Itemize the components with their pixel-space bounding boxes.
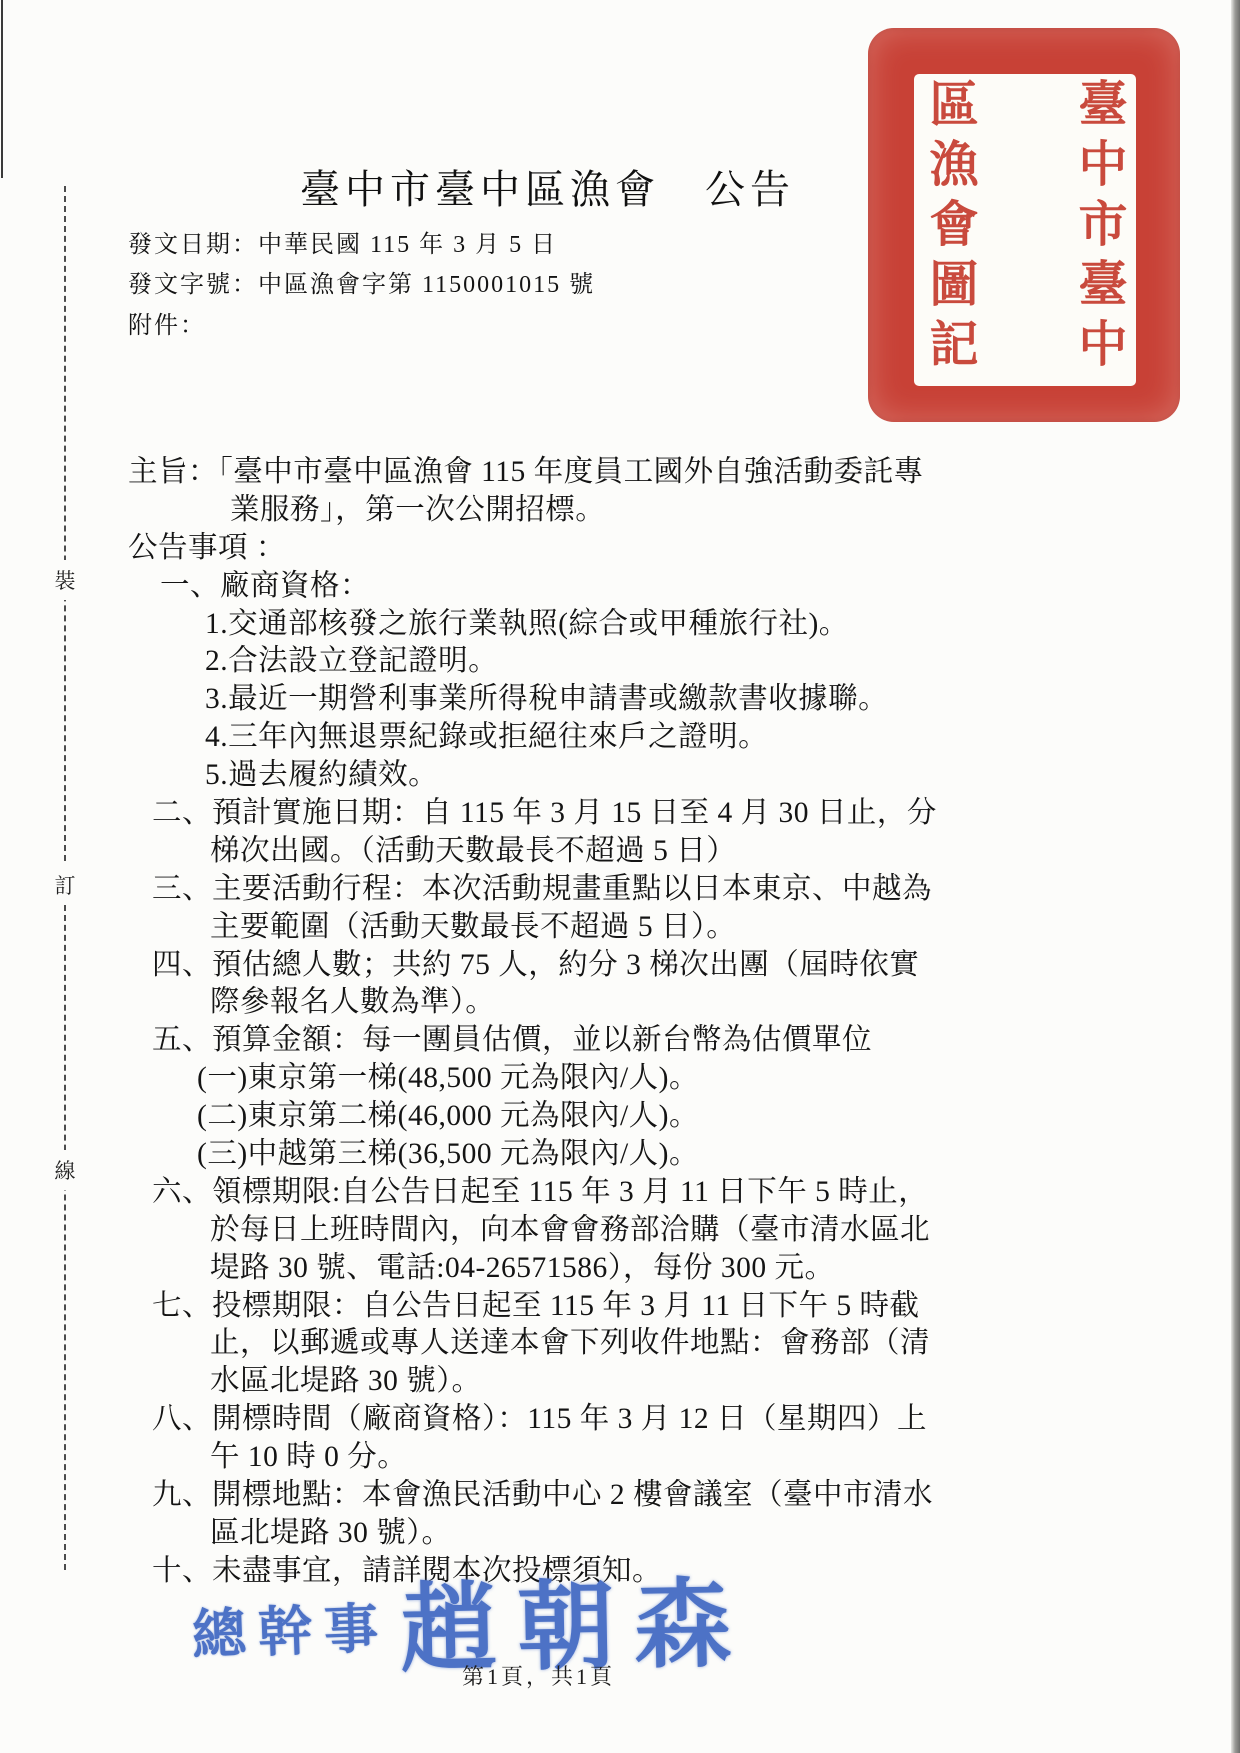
item-5-line: 五、預算金額：每一團員估價，並以新台幣為估價單位: [128, 1016, 988, 1054]
seal-text-column-left: 區漁會圖記: [926, 78, 975, 378]
item-1-subline: 3.最近一期營利事業所得稅申請書或繳款書收據聯。: [128, 675, 988, 713]
item-4-line: 四、預估總人數；共約 75 人，約分 3 梯次出團（屆時依實: [128, 941, 988, 979]
attachment-label: 附件：: [128, 305, 206, 340]
announcement-heading: 公告事項 ：: [128, 524, 988, 562]
item-1-subline: 1.交通部核發之旅行業執照(綜合或甲種旅行社)。: [128, 600, 988, 638]
binding-mark-ding: 訂: [50, 865, 80, 905]
item-2-line: 梯次出國。（活動天數最長不超過 5 日）: [128, 827, 988, 865]
seal-text-column-right: 臺中市臺中: [1075, 78, 1124, 378]
item-8-line: 午 10 時 0 分。: [128, 1433, 988, 1471]
announcement-body: 主旨：「臺中市臺中區漁會 115 年度員工國外自強活動委託專 業服務」，第一次公…: [128, 448, 988, 1585]
item-9-line: 九、開標地點：本會漁民活動中心 2 樓會議室（臺中市清水: [128, 1471, 988, 1509]
scanned-announcement-page: { "document": { "title": "臺中市臺中區漁會 公告", …: [0, 0, 1240, 1753]
item-6-line: 堤路 30 號、電話:04-26571586），每份 300 元。: [128, 1244, 988, 1282]
item-1-line: 一、廠商資格：: [128, 562, 988, 600]
item-6-line: 六、領標期限:自公告日起至 115 年 3 月 11 日下午 5 時止，: [128, 1168, 988, 1206]
scan-edge-left: [1, 0, 3, 178]
seal-inner-face: 臺中市臺中 區漁會圖記: [914, 74, 1136, 386]
item-1-subline: 2.合法設立登記證明。: [128, 637, 988, 675]
item-7-line: 七、投標期限：自公告日起至 115 年 3 月 11 日下午 5 時截: [128, 1282, 988, 1320]
item-5-subline: (三)中越第三梯(36,500 元為限內/人)。: [128, 1130, 988, 1168]
subject-line: 主旨：「臺中市臺中區漁會 115 年度員工國外自強活動委託專: [128, 448, 988, 486]
item-5-subline: (二)東京第二梯(46,000 元為限內/人)。: [128, 1092, 988, 1130]
item-5-subline: (一)東京第一梯(48,500 元為限內/人)。: [128, 1054, 988, 1092]
issue-date: 發文日期：中華民國 115 年 3 月 5 日: [128, 224, 557, 259]
signer-title: 總幹事: [191, 1585, 392, 1669]
binding-mark-xian: 線: [50, 1150, 80, 1190]
page-title: 臺中市臺中區漁會 公告: [300, 158, 795, 215]
doc-number: 發文字號：中區漁會字第 1150001015 號: [128, 264, 595, 299]
binding-mark-zhuang: 裝: [50, 560, 80, 600]
item-6-line: 於每日上班時間內，向本會會務部洽購（臺市清水區北: [128, 1206, 988, 1244]
item-3-line: 三、主要活動行程：本次活動規畫重點以日本東京、中越為: [128, 865, 988, 903]
item-1-subline: 5.過去履約績效。: [128, 751, 988, 789]
item-4-line: 際參報名人數為準）。: [128, 978, 988, 1016]
page-number-footer: 第1頁，共1頁: [462, 1660, 615, 1691]
item-9-line: 區北堤路 30 號）。: [128, 1509, 988, 1547]
subject-line: 業服務」，第一次公開招標。: [128, 486, 988, 524]
official-seal-stamp: 臺中市臺中 區漁會圖記: [868, 28, 1180, 422]
item-7-line: 水區北堤路 30 號）。: [128, 1357, 988, 1395]
item-7-line: 止，以郵遞或專人送達本會下列收件地點：會務部（清: [128, 1319, 988, 1357]
scan-edge-right: [1231, 0, 1240, 1753]
item-8-line: 八、開標時間（廠商資格）：115 年 3 月 12 日（星期四）上: [128, 1395, 988, 1433]
item-3-line: 主要範圍（活動天數最長不超過 5 日）。: [128, 903, 988, 941]
item-1-subline: 4.三年內無退票紀錄或拒絕往來戶之證明。: [128, 713, 988, 751]
item-2-line: 二、預計實施日期：自 115 年 3 月 15 日至 4 月 30 日止，分: [128, 789, 988, 827]
